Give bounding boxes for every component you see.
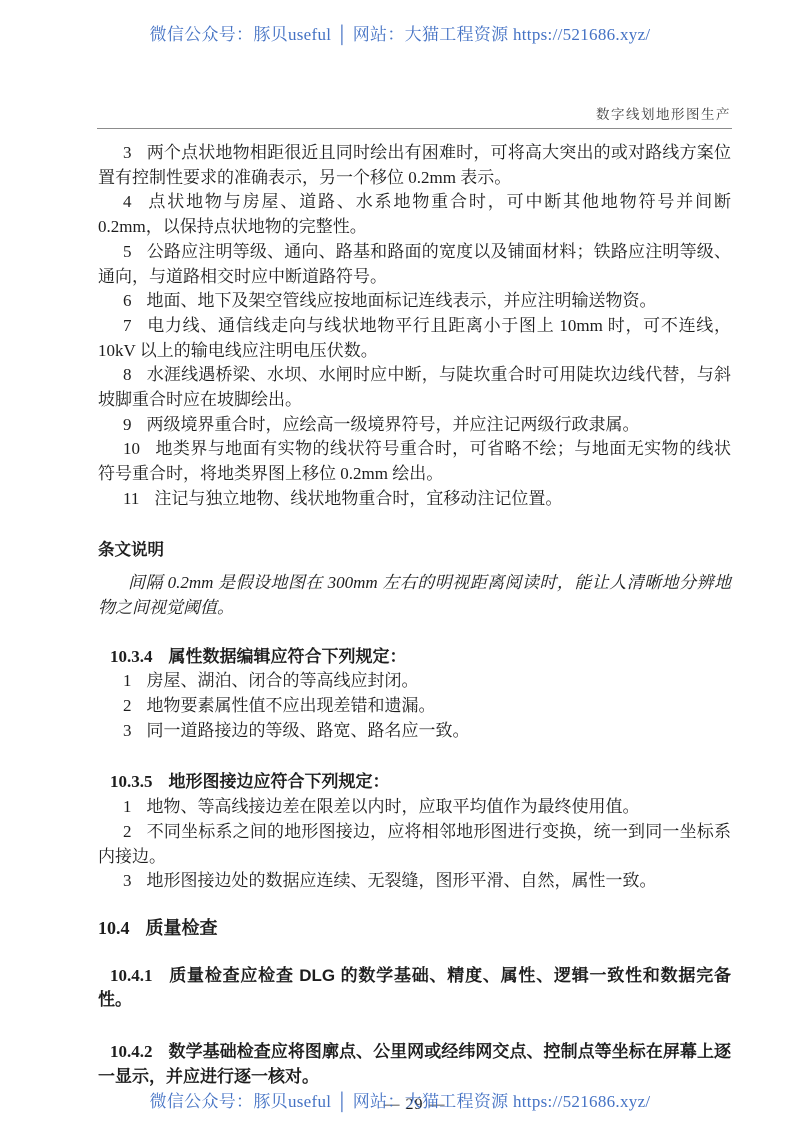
header-rule [97, 128, 732, 129]
item-number: 3 [123, 871, 132, 890]
item-number: 3 [123, 143, 132, 162]
item-number: 6 [123, 291, 132, 310]
section-10-4-heading: 10.4质量检查 [98, 916, 731, 941]
sub-item: 1地物、等高线接边差在限差以内时，应取平均值作为最终使用值。 [98, 795, 731, 820]
item-text: 电力线、通信线走向与线状地物平行且距离小于图上 10mm 时，可不连线，10kV… [98, 316, 731, 360]
item-number: 1 [123, 671, 132, 690]
item-text: 地面、地下及架空管线应按地面标记连线表示，并应注明输送物资。 [147, 291, 657, 310]
item-number: 4 [123, 192, 132, 211]
section-number: 10.4 [98, 918, 130, 938]
item-text: 水涯线遇桥梁、水坝、水闸时应中断，与陡坎重合时可用陡坎边线代替，与斜坡脚重合时应… [98, 365, 731, 409]
clause-number: 10.4.1 [110, 966, 153, 985]
watermark-header: 微信公众号：豚贝useful │ 网站：大猫工程资源 https://52168… [0, 20, 800, 45]
commentary-text: 间隔 0.2mm 是假设地图在 300mm 左右的明视距离阅读时，能让人清晰地分… [98, 571, 731, 620]
item-number: 5 [123, 242, 132, 261]
numbered-item-9: 9两级境界重合时，应绘高一级境界符号，并应注记两级行政隶属。 [98, 413, 731, 438]
clause-number: 10.3.5 [110, 772, 153, 791]
sub-item: 2不同坐标系之间的地形图接边，应将相邻地形图进行变换，统一到同一坐标系内接边。 [98, 820, 731, 869]
item-number: 11 [123, 489, 139, 508]
clause-title: 属性数据编辑应符合下列规定： [169, 647, 407, 666]
item-text: 地物要素属性值不应出现差错和遗漏。 [147, 696, 436, 715]
clause-10-4-1: 10.4.1质量检查应检查 DLG 的数学基础、精度、属性、逻辑一致性和数据完备… [98, 964, 731, 1013]
sub-item: 1房屋、湖泊、闭合的等高线应封闭。 [98, 669, 731, 694]
item-text: 房屋、湖泊、闭合的等高线应封闭。 [147, 671, 419, 690]
item-text: 注记与独立地物、线状地物重合时，宜移动注记位置。 [154, 489, 562, 508]
item-text: 不同坐标系之间的地形图接边，应将相邻地形图进行变换，统一到同一坐标系内接边。 [98, 822, 731, 866]
item-text: 同一道路接边的等级、路宽、路名应一致。 [147, 721, 470, 740]
clause-title: 地形图接边应符合下列规定： [169, 772, 390, 791]
sub-item: 3地形图接边处的数据应连续、无裂缝，图形平滑、自然，属性一致。 [98, 869, 731, 894]
clause-10-3-4-heading: 10.3.4属性数据编辑应符合下列规定： [98, 645, 731, 670]
item-number: 8 [123, 365, 132, 384]
item-number: 10 [123, 439, 140, 458]
numbered-item-10: 10地类界与地面有实物的线状符号重合时，可省略不绘；与地面无实物的线状符号重合时… [98, 437, 731, 486]
sub-item: 2地物要素属性值不应出现差错和遗漏。 [98, 694, 731, 719]
item-text: 地类界与地面有实物的线状符号重合时，可省略不绘；与地面无实物的线状符号重合时，将… [98, 439, 731, 483]
numbered-item-8: 8水涯线遇桥梁、水坝、水闸时应中断，与陡坎重合时可用陡坎边线代替，与斜坡脚重合时… [98, 363, 731, 412]
running-head: 数字线划地形图生产 [596, 103, 731, 123]
item-text: 点状地物与房屋、道路、水系地物重合时，可中断其他地物符号并间断 0.2mm，以保… [98, 192, 731, 236]
item-number: 2 [123, 822, 132, 841]
sub-item: 3同一道路接边的等级、路宽、路名应一致。 [98, 719, 731, 744]
document-page: 微信公众号：豚贝useful │ 网站：大猫工程资源 https://52168… [0, 0, 800, 1145]
item-number: 9 [123, 415, 132, 434]
numbered-item-3: 3两个点状地物相距很近且同时绘出有困难时，可将高大突出的或对路线方案位置有控制性… [98, 141, 731, 190]
numbered-item-7: 7电力线、通信线走向与线状地物平行且距离小于图上 10mm 时，可不连线，10k… [98, 314, 731, 363]
clause-10-4-2: 10.4.2数学基础检查应将图廓点、公里网或经纬网交点、控制点等坐标在屏幕上逐一… [98, 1040, 731, 1089]
item-number: 1 [123, 797, 132, 816]
numbered-item-11: 11注记与独立地物、线状地物重合时，宜移动注记位置。 [98, 487, 731, 512]
clause-text: 数学基础检查应将图廓点、公里网或经纬网交点、控制点等坐标在屏幕上逐一显示，并应进… [98, 1042, 731, 1086]
section-title: 质量检查 [146, 918, 218, 938]
item-text: 地物、等高线接边差在限差以内时，应取平均值作为最终使用值。 [147, 797, 640, 816]
watermark-footer: 微信公众号：豚贝useful │ 网站：大猫工程资源 https://52168… [0, 1087, 800, 1112]
numbered-item-6: 6地面、地下及架空管线应按地面标记连线表示，并应注明输送物资。 [98, 289, 731, 314]
item-text: 两级境界重合时，应绘高一级境界符号，并应注记两级行政隶属。 [147, 415, 640, 434]
numbered-item-4: 4点状地物与房屋、道路、水系地物重合时，可中断其他地物符号并间断 0.2mm，以… [98, 190, 731, 239]
item-text: 公路应注明等级、通向、路基和路面的宽度以及铺面材料；铁路应注明等级、通向，与道路… [98, 242, 731, 286]
item-text: 两个点状地物相距很近且同时绘出有困难时，可将高大突出的或对路线方案位置有控制性要… [98, 143, 731, 187]
item-number: 3 [123, 721, 132, 740]
clause-number: 10.4.2 [110, 1042, 153, 1061]
item-number: 2 [123, 696, 132, 715]
commentary-heading: 条文说明 [98, 538, 731, 563]
item-text: 地形图接边处的数据应连续、无裂缝，图形平滑、自然，属性一致。 [147, 871, 657, 890]
clause-number: 10.3.4 [110, 647, 153, 666]
clause-10-3-5-heading: 10.3.5地形图接边应符合下列规定： [98, 770, 731, 795]
page-body: 3两个点状地物相距很近且同时绘出有困难时，可将高大突出的或对路线方案位置有控制性… [98, 141, 731, 1117]
item-number: 7 [123, 316, 132, 335]
numbered-item-5: 5公路应注明等级、通向、路基和路面的宽度以及铺面材料；铁路应注明等级、通向，与道… [98, 240, 731, 289]
clause-text: 质量检查应检查 DLG 的数学基础、精度、属性、逻辑一致性和数据完备性。 [98, 966, 731, 1010]
